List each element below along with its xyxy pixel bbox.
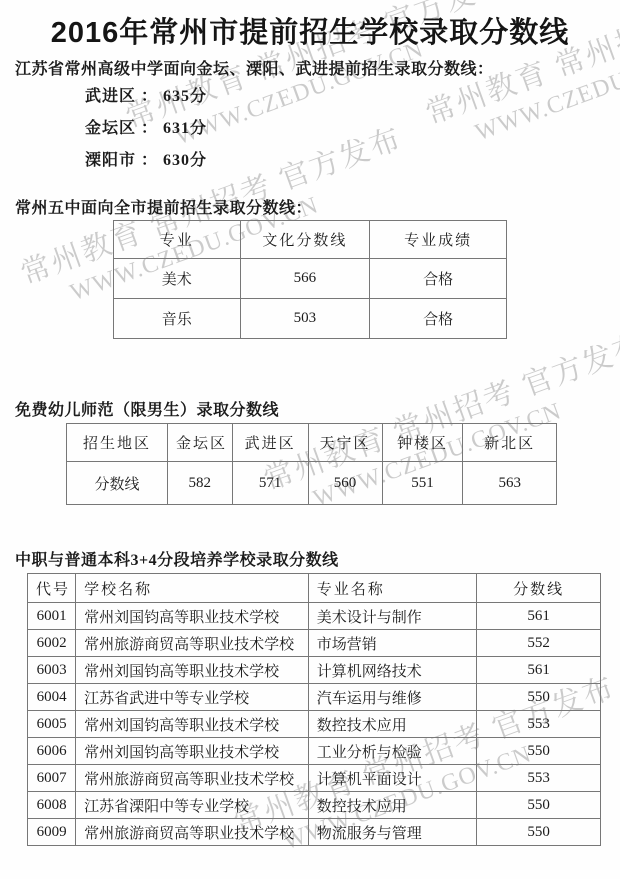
column-header: 金坛区 (167, 424, 232, 462)
table-cell: 566 (240, 259, 370, 299)
table-header-row: 专业文化分数线专业成绩 (114, 221, 507, 259)
table-cell: 6008 (28, 792, 76, 819)
table-row: 音乐503合格 (114, 299, 507, 339)
score-line-item: 溧阳市 ： 630分 (85, 145, 207, 177)
table-header-row: 招生地区金坛区武进区天宁区钟楼区新北区 (67, 424, 557, 462)
column-header: 招生地区 (67, 424, 168, 462)
table-row: 6004江苏省武进中等专业学校汽车运用与维修550 (28, 684, 601, 711)
table-cell: 6006 (28, 738, 76, 765)
table-cell: 6004 (28, 684, 76, 711)
table-cell: 合格 (370, 299, 507, 339)
table-cell: 560 (308, 462, 382, 505)
table-row: 分数线582571560551563 (67, 462, 557, 505)
table-cell: 552 (477, 630, 601, 657)
table-cell: 计算机平面设计 (308, 765, 476, 792)
table-cell: 市场营销 (308, 630, 476, 657)
table-cell: 汽车运用与维修 (308, 684, 476, 711)
table-cell: 6001 (28, 603, 76, 630)
column-header: 分数线 (477, 574, 601, 603)
section-heading-vocational-3plus4: 中职与普通本科3+4分段培养学校录取分数线 (15, 552, 339, 570)
table-header-row: 代号学校名称专业名称分数线 (28, 574, 601, 603)
section-heading-preschool-teacher: 免费幼儿师范（限男生）录取分数线 (15, 402, 279, 420)
column-header: 专业成绩 (370, 221, 507, 259)
table-row: 美术566合格 (114, 259, 507, 299)
district-score-list: 武进区 ： 635分金坛区 ： 631分溧阳市 ： 630分 (85, 81, 207, 177)
table-cell: 6007 (28, 765, 76, 792)
table-cell: 550 (477, 684, 601, 711)
art-music-score-table: 专业文化分数线专业成绩美术566合格音乐503合格 (113, 220, 507, 339)
table-cell: 553 (477, 711, 601, 738)
table-cell: 常州刘国钧高等职业技术学校 (76, 711, 309, 738)
table-cell: 561 (477, 657, 601, 684)
table-row: 6008江苏省溧阳中等专业学校数控技术应用550 (28, 792, 601, 819)
section-heading-czhs: 江苏省常州高级中学面向金坛、溧阳、武进提前招生录取分数线： (15, 61, 494, 79)
table-cell: 江苏省武进中等专业学校 (76, 684, 309, 711)
table-row: 6003常州刘国钧高等职业技术学校计算机网络技术561 (28, 657, 601, 684)
table-cell: 计算机网络技术 (308, 657, 476, 684)
table-cell: 550 (477, 792, 601, 819)
table-cell: 550 (477, 738, 601, 765)
column-header: 文化分数线 (240, 221, 370, 259)
table-cell: 美术 (114, 259, 241, 299)
column-header: 武进区 (232, 424, 308, 462)
table-cell: 常州刘国钧高等职业技术学校 (76, 657, 309, 684)
preschool-teacher-score-table: 招生地区金坛区武进区天宁区钟楼区新北区分数线582571560551563 (66, 423, 557, 505)
table-cell: 6005 (28, 711, 76, 738)
score-line-item: 武进区 ： 635分 (85, 81, 207, 113)
table-cell: 工业分析与检验 (308, 738, 476, 765)
table-cell: 江苏省溧阳中等专业学校 (76, 792, 309, 819)
table-row: 6001常州刘国钧高等职业技术学校美术设计与制作561 (28, 603, 601, 630)
column-header: 专业 (114, 221, 241, 259)
table-cell: 常州刘国钧高等职业技术学校 (76, 603, 309, 630)
table-row: 6009常州旅游商贸高等职业技术学校物流服务与管理550 (28, 819, 601, 846)
table-cell: 物流服务与管理 (308, 819, 476, 846)
table-cell: 503 (240, 299, 370, 339)
table-row: 6006常州刘国钧高等职业技术学校工业分析与检验550 (28, 738, 601, 765)
page-title: 2016年常州市提前招生学校录取分数线 (0, 17, 620, 49)
table-cell: 常州旅游商贸高等职业技术学校 (76, 819, 309, 846)
table-cell: 563 (463, 462, 557, 505)
table-cell: 数控技术应用 (308, 792, 476, 819)
table-cell: 582 (167, 462, 232, 505)
document-page: 常州教育 常州招考 官方发布 WWW.CZEDU.GOV.CN 常州教育 常州招… (0, 0, 620, 879)
table-cell: 561 (477, 603, 601, 630)
table-cell: 常州刘国钧高等职业技术学校 (76, 738, 309, 765)
table-cell: 571 (232, 462, 308, 505)
section-heading-no5-school: 常州五中面向全市提前招生录取分数线： (15, 200, 312, 218)
table-row: 6005常州刘国钧高等职业技术学校数控技术应用553 (28, 711, 601, 738)
table-cell: 6003 (28, 657, 76, 684)
vocational-3plus4-score-table: 代号学校名称专业名称分数线6001常州刘国钧高等职业技术学校美术设计与制作561… (27, 573, 601, 846)
column-header: 代号 (28, 574, 76, 603)
table-cell: 550 (477, 819, 601, 846)
column-header: 专业名称 (308, 574, 476, 603)
table-cell: 常州旅游商贸高等职业技术学校 (76, 630, 309, 657)
table-cell: 合格 (370, 259, 507, 299)
table-cell: 分数线 (67, 462, 168, 505)
column-header: 新北区 (463, 424, 557, 462)
column-header: 钟楼区 (382, 424, 463, 462)
column-header: 学校名称 (76, 574, 309, 603)
column-header: 天宁区 (308, 424, 382, 462)
table-cell: 常州旅游商贸高等职业技术学校 (76, 765, 309, 792)
table-cell: 美术设计与制作 (308, 603, 476, 630)
table-cell: 6002 (28, 630, 76, 657)
table-cell: 6009 (28, 819, 76, 846)
table-cell: 音乐 (114, 299, 241, 339)
table-cell: 551 (382, 462, 463, 505)
table-cell: 数控技术应用 (308, 711, 476, 738)
table-row: 6007常州旅游商贸高等职业技术学校计算机平面设计553 (28, 765, 601, 792)
table-row: 6002常州旅游商贸高等职业技术学校市场营销552 (28, 630, 601, 657)
table-cell: 553 (477, 765, 601, 792)
score-line-item: 金坛区 ： 631分 (85, 113, 207, 145)
